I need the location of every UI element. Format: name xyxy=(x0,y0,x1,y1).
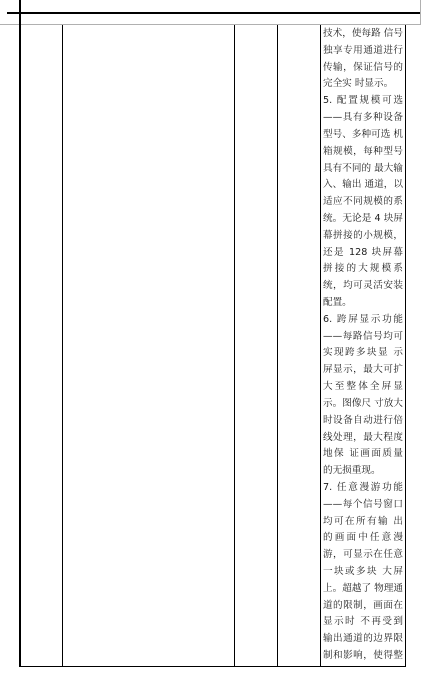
text-line: 线处理，最大程度 xyxy=(323,430,403,447)
text-line: 具有不同的 最大输 xyxy=(323,161,403,178)
table-cell-empty-4 xyxy=(278,25,320,666)
text-line: 显示时 不再受到 xyxy=(323,614,403,631)
text-line: 箱规模，每种型号 xyxy=(323,144,403,161)
text-line: 6. 跨屏显示功能 xyxy=(323,312,403,329)
text-line: 还是 128 块屏幕 xyxy=(323,245,403,262)
text-line: 统，均可灵活安装 xyxy=(323,278,403,295)
text-line: 大至整体全屏显 xyxy=(323,379,403,396)
text-line: 传输，保证信号的 xyxy=(323,60,403,77)
text-line: 技术，使每路 信号 xyxy=(323,26,403,43)
text-line: 时设备自动进行倍 xyxy=(323,413,403,430)
text-line: 适应不同规模的系 xyxy=(323,194,403,211)
text-line: ——具有多种设备 xyxy=(323,110,403,127)
text-line: 实现跨多块显 示 xyxy=(323,345,403,362)
table-cell-empty-3 xyxy=(235,25,277,666)
text-line: 配置。 xyxy=(323,295,403,312)
text-line: 输出通道的边界限 xyxy=(323,631,403,648)
table-column-divider-4 xyxy=(320,25,321,667)
text-line: 均可在所有输 出 xyxy=(323,514,403,531)
text-line: 制和影响，使得整 xyxy=(323,648,403,665)
text-line: 7. 任意漫游功能 xyxy=(323,480,403,497)
text-line: 入、输出 通道，以 xyxy=(323,177,403,194)
text-line: 的无损重现。 xyxy=(323,463,403,480)
text-line: 游，可显示在任意 xyxy=(323,547,403,564)
text-line: 的画面中任意漫 xyxy=(323,530,403,547)
text-line: 幕拼接的小规模， xyxy=(323,228,403,245)
text-line: ——每路信号均可 xyxy=(323,329,403,346)
table-border-right xyxy=(405,25,406,667)
text-line: ——每个信号窗口 xyxy=(323,497,403,514)
text-line: 地保 证画面质量 xyxy=(323,446,403,463)
table-cell-empty-1 xyxy=(21,25,62,666)
document-page: 技术，使每路 信号独享专用通道进行传输，保证信号的完全实 时显示。5. 配置规模… xyxy=(0,0,428,676)
text-line: 示。图像尺 寸放大 xyxy=(323,396,403,413)
text-line: 完全实 时显示。 xyxy=(323,76,403,93)
text-line: 拼接的大规模系 xyxy=(323,261,403,278)
text-line: 一块或多块 大屏 xyxy=(323,564,403,581)
text-line: 道的限制，画面在 xyxy=(323,598,403,615)
text-line: 5. 配置规模可选 xyxy=(323,93,403,110)
table-row-divider-line xyxy=(7,12,421,14)
text-line: 型号、多种可选 机 xyxy=(323,127,403,144)
text-line: 上。超越了 物理通 xyxy=(323,581,403,598)
text-boundary-line-vertical xyxy=(420,0,421,25)
table-cell-empty-2 xyxy=(63,25,234,666)
text-line: 屏显示，最大可扩 xyxy=(323,362,403,379)
table-cell-feature-description: 技术，使每路 信号独享专用通道进行传输，保证信号的完全实 时显示。5. 配置规模… xyxy=(323,26,403,667)
text-line: 统。无论是 4 块屏 xyxy=(323,211,403,228)
text-line: 独享专用通道进行 xyxy=(323,43,403,60)
